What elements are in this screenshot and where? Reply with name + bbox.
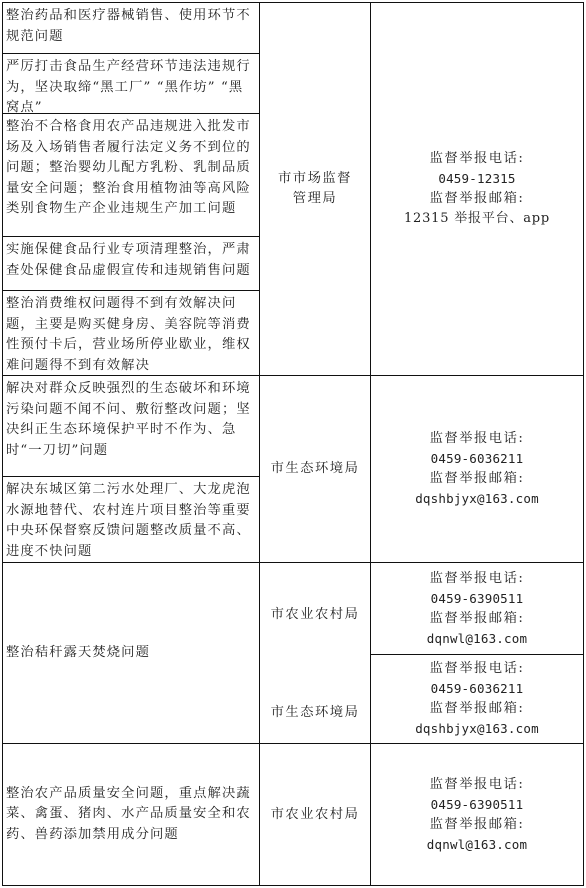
email-label: 监督举报邮箱: [430, 189, 525, 209]
department-name: 市农业农村局 [271, 805, 360, 825]
department-cell-agri: 市农业农村局 [259, 743, 371, 886]
issue-cell-market-1: 整治药品和医疗器械销售、使用环节不规范问题 [2, 2, 260, 54]
department-cell-market: 市市场监督 管理局 [259, 2, 371, 376]
department-name-agri: 市农业农村局 [260, 605, 370, 625]
phone-number: 0459-6036211 [431, 449, 524, 469]
email-address[interactable]: dqnwl@163.com [427, 629, 527, 649]
department-name-line1: 市市场监督 [278, 169, 352, 189]
department-cell-straw: 市农业农村局 市生态环境局 [259, 562, 371, 744]
phone-label: 监督举报电话: [430, 149, 525, 169]
contact-cell-straw-ecology: 监督举报电话: 0459-6036211 监督举报邮箱: dqshbjyx@16… [370, 654, 584, 744]
contact-cell-straw-agri: 监督举报电话: 0459-6390511 监督举报邮箱: dqnwl@163.c… [370, 562, 584, 655]
issue-text: 严厉打击食品生产经营环节违法违规行为，坚决取缔“黑工厂” “黑作坊” “黑窝点” [6, 59, 251, 115]
issue-cell-market-2: 严厉打击食品生产经营环节违法违规行为，坚决取缔“黑工厂” “黑作坊” “黑窝点” [2, 53, 260, 114]
contact-cell-market: 监督举报电话: 0459-12315 监督举报邮箱: 12315 举报平台、ap… [370, 2, 584, 376]
phone-number: 0459-6390511 [431, 589, 524, 609]
issue-cell-market-4: 实施保健食品行业专项清理整治，严肃查处保健食品虚假宣传和违规销售问题 [2, 236, 260, 291]
email-address[interactable]: dqnwl@163.com [427, 835, 527, 855]
email-label: 监督举报邮箱: [430, 699, 525, 719]
email-address[interactable]: dqshbjyx@163.com [415, 489, 539, 509]
department-name-line2: 管理局 [278, 189, 352, 209]
email-address[interactable]: dqshbjyx@163.com [415, 719, 539, 739]
issue-text: 实施保健食品行业专项清理整治，严肃查处保健食品虚假宣传和违规销售问题 [6, 242, 251, 278]
department-name-ecology: 市生态环境局 [260, 703, 370, 723]
email-label: 监督举报邮箱: [430, 815, 525, 835]
issue-cell-market-5: 整治消费维权问题得不到有效解决问题，主要是购买健身房、美容院等消费性预付卡后，营… [2, 290, 260, 376]
report-channel: 12315 举报平台、app [404, 209, 550, 229]
issue-text: 整治秸秆露天焚烧问题 [6, 643, 150, 664]
issue-text: 整治药品和医疗器械销售、使用环节不规范问题 [6, 8, 251, 44]
department-cell-ecology: 市生态环境局 [259, 375, 371, 563]
issue-text: 整治不合格食用农产品违规进入批发市场及入场销售者履行法定义务不到位的问题；整治婴… [6, 119, 251, 216]
phone-label: 监督举报电话: [430, 775, 525, 795]
phone-number: 0459-12315 [438, 169, 515, 189]
contact-cell-agri: 监督举报电话: 0459-6390511 监督举报邮箱: dqnwl@163.c… [370, 743, 584, 886]
department-name: 市生态环境局 [271, 459, 360, 479]
issue-cell-agri: 整治农产品质量安全问题，重点解决蔬菜、禽蛋、猪肉、水产品质量安全和农药、兽药添加… [2, 743, 260, 886]
phone-label: 监督举报电话: [430, 569, 525, 589]
issue-text: 整治消费维权问题得不到有效解决问题，主要是购买健身房、美容院等消费性预付卡后，营… [6, 296, 251, 373]
issue-text: 解决东城区第二污水处理厂、大龙虎泡水源地替代、农村连片项目整治等重要中央环保督察… [6, 482, 251, 559]
email-label: 监督举报邮箱: [430, 609, 525, 629]
issue-text: 解决对群众反映强烈的生态破坏和环境污染问题不闻不问、敷衍整改问题；坚决纠正生态环… [6, 381, 251, 458]
issue-cell-ecology-2: 解决东城区第二污水处理厂、大龙虎泡水源地替代、农村连片项目整治等重要中央环保督察… [2, 476, 260, 563]
issue-text: 整治农产品质量安全问题，重点解决蔬菜、禽蛋、猪肉、水产品质量安全和农药、兽药添加… [6, 784, 257, 846]
issue-cell-ecology-1: 解决对群众反映强烈的生态破坏和环境污染问题不闻不问、敷衍整改问题；坚决纠正生态环… [2, 375, 260, 477]
phone-label: 监督举报电话: [430, 659, 525, 679]
phone-number: 0459-6036211 [431, 679, 524, 699]
phone-number: 0459-6390511 [431, 795, 524, 815]
issue-cell-straw: 整治秸秆露天焚烧问题 [2, 562, 260, 744]
issue-cell-market-3: 整治不合格食用农产品违规进入批发市场及入场销售者履行法定义务不到位的问题；整治婴… [2, 113, 260, 237]
contact-cell-ecology: 监督举报电话: 0459-6036211 监督举报邮箱: dqshbjyx@16… [370, 375, 584, 563]
email-label: 监督举报邮箱: [430, 469, 525, 489]
phone-label: 监督举报电话: [430, 429, 525, 449]
